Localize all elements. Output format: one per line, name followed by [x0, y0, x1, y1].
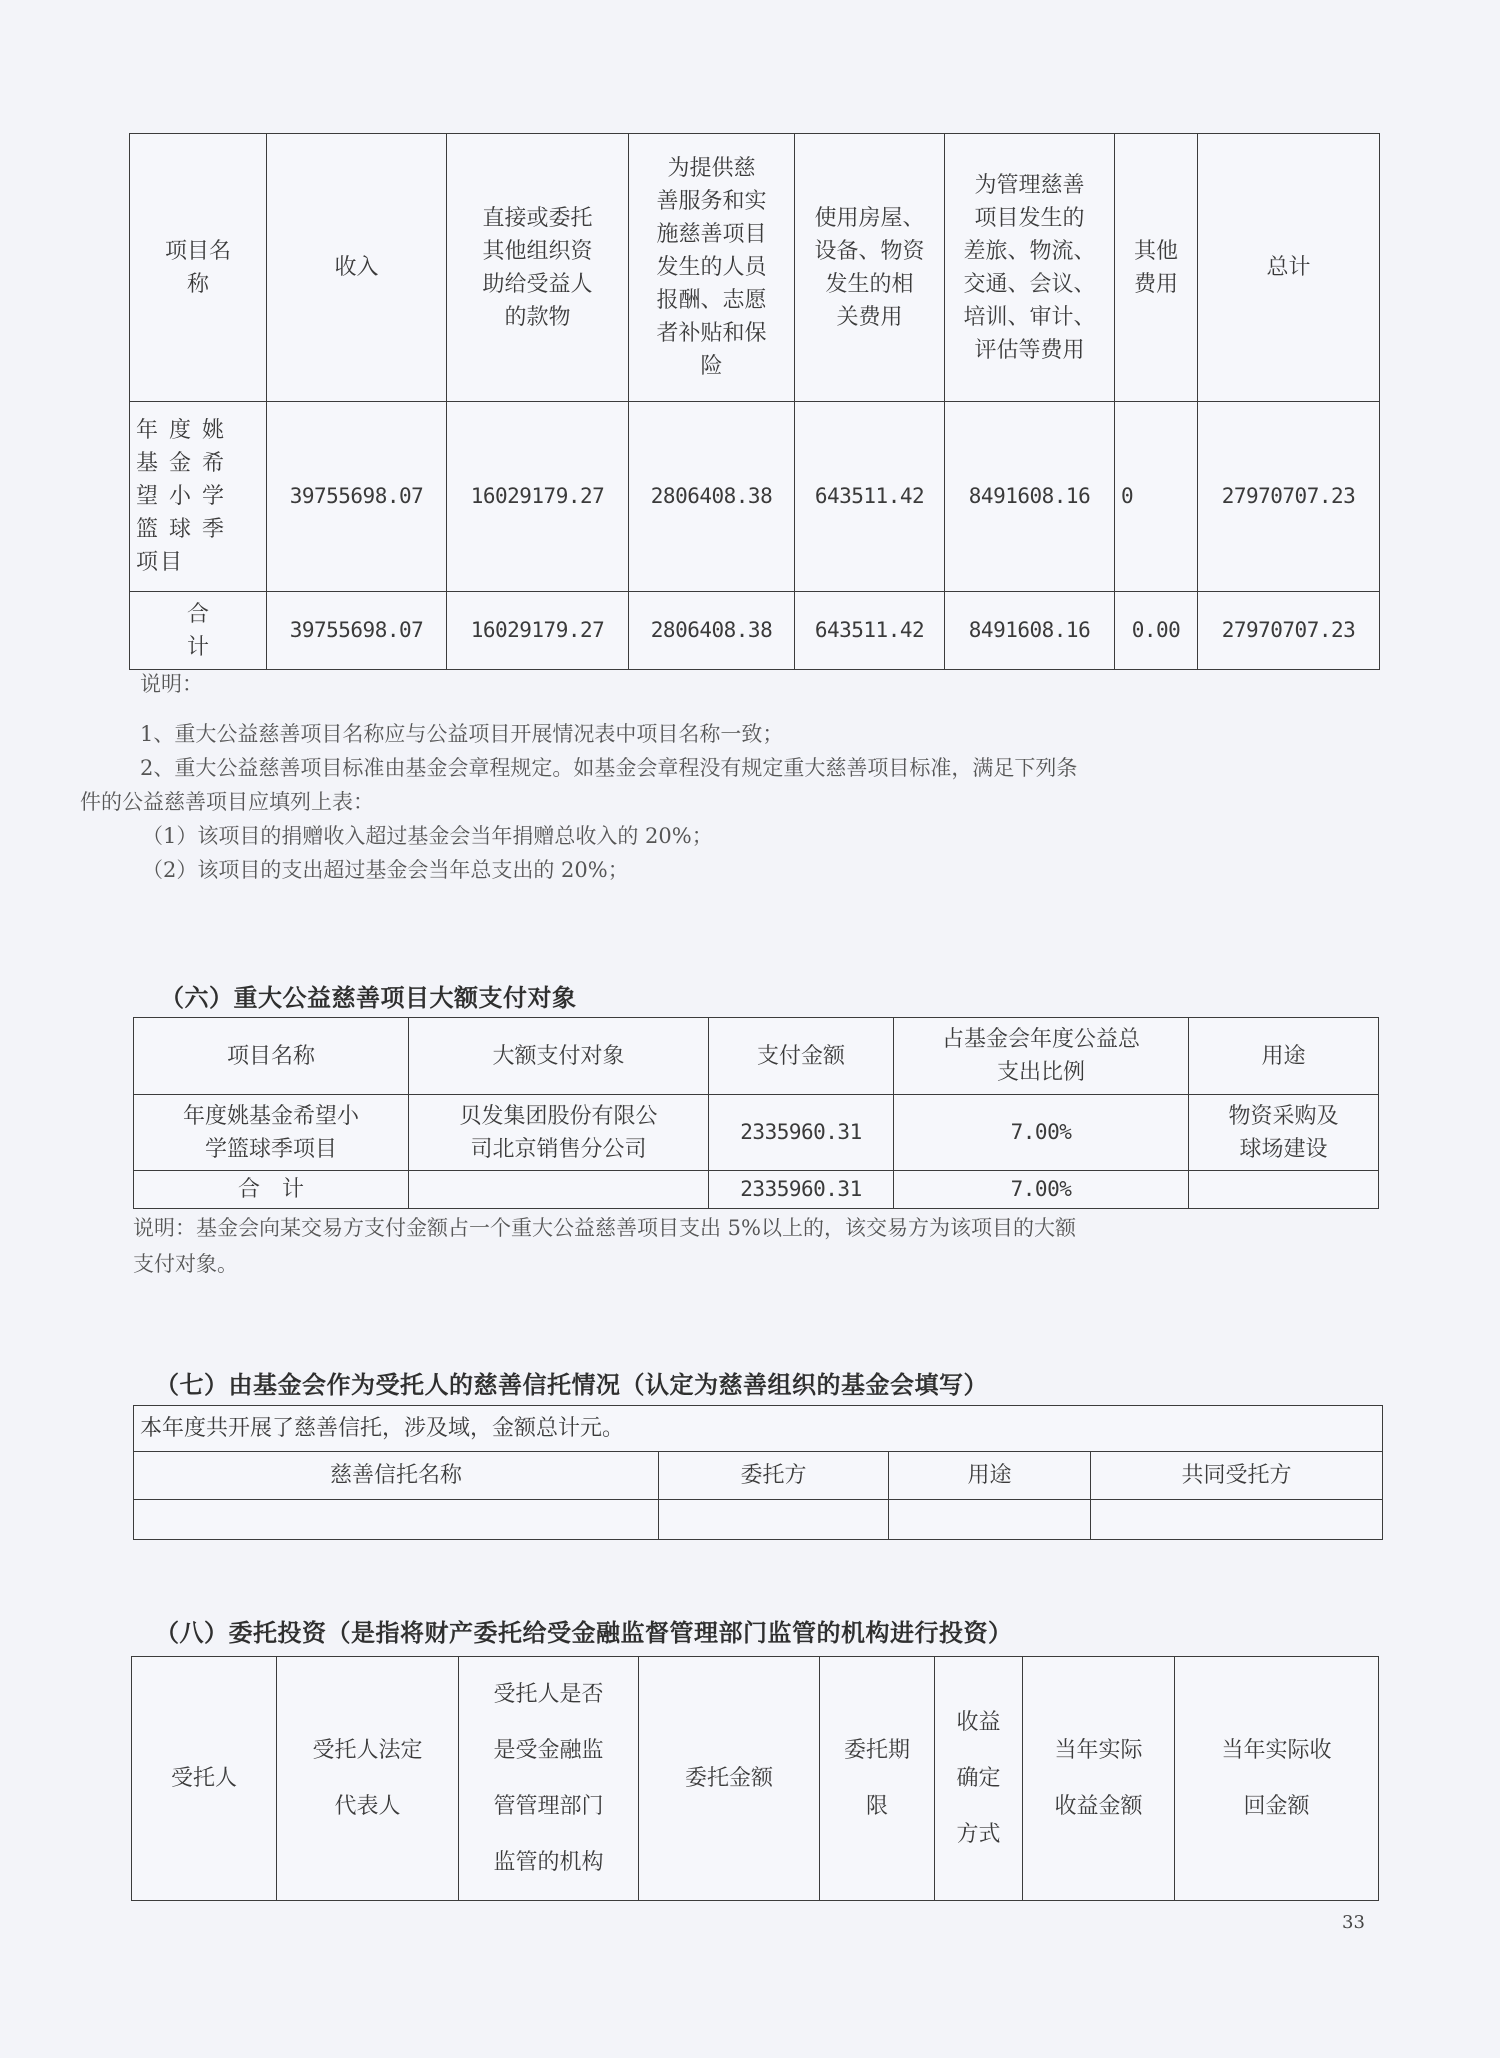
cell-admin: 8491608.16	[945, 402, 1115, 592]
cell-facilities: 643511.42	[795, 592, 945, 670]
cell-settlor	[659, 1500, 889, 1540]
note-line-2a: 2、重大公益慈善项目标准由基金会章程规定。如基金会章程没有规定重大慈善项目标准，…	[140, 752, 1370, 785]
table-header-row: 受托人 受托人法定 代表人 受托人是否 是受金融监 管管理部门 监管的机构 委托…	[132, 1657, 1379, 1901]
col-header-settlor: 委托方	[659, 1452, 889, 1500]
col-header-purpose: 用途	[889, 1452, 1091, 1500]
cell-purpose	[889, 1500, 1091, 1540]
cell-personnel: 2806408.38	[629, 402, 795, 592]
cell-total-label: 合 计	[130, 592, 267, 670]
col-header-co-trustee: 共同受托方	[1091, 1452, 1383, 1500]
cell-grants: 16029179.27	[447, 402, 629, 592]
col-header-trustee: 受托人	[132, 1657, 277, 1901]
col-header-total: 总计	[1198, 134, 1380, 402]
cell-income: 39755698.07	[267, 592, 447, 670]
note-line-3: （1）该项目的捐赠收入超过基金会当年捐赠总收入的 20%；	[142, 820, 1372, 853]
note-line-2b: 件的公益慈善项目应填列上表：	[80, 786, 1310, 819]
cell-total: 27970707.23	[1198, 592, 1380, 670]
cell-grants: 16029179.27	[447, 592, 629, 670]
cell-other: 0.00	[1115, 592, 1198, 670]
entrusted-investment-table: 受托人 受托人法定 代表人 受托人是否 是受金融监 管管理部门 监管的机构 委托…	[131, 1656, 1379, 1901]
page-number: 33	[1342, 1912, 1365, 1933]
large-payments-table: 项目名称 大额支付对象 支付金额 占基金会年度公益总 支出比例 用途 年度姚基金…	[133, 1017, 1379, 1209]
col-header-actual-recovery: 当年实际收 回金额	[1175, 1657, 1379, 1901]
cell-facilities: 643511.42	[795, 402, 945, 592]
cell-total-label: 合 计	[134, 1171, 409, 1209]
trust-summary-row: 本年度共开展了慈善信托，涉及域，金额总计元。	[134, 1406, 1383, 1452]
major-projects-table: 项目名 称 收入 直接或委托 其他组织资 助给受益人 的款物 为提供慈 善服务和…	[129, 133, 1380, 670]
table-row: 年度姚基金希望小 学篮球季项目 贝发集团股份有限公 司北京销售分公司 23359…	[134, 1095, 1379, 1171]
cell-ratio: 7.00%	[894, 1171, 1189, 1209]
col-header-term: 委托期 限	[820, 1657, 935, 1901]
cell-project-name: 年 度 姚 基 金 希 望 小 学 篮 球 季 项目	[130, 402, 267, 592]
col-header-amount: 支付金额	[709, 1018, 894, 1095]
cell-amount: 2335960.31	[709, 1095, 894, 1171]
section-8-heading: （八）委托投资（是指将财产委托给受金融监督管理部门监管的机构进行投资）	[155, 1613, 1013, 1648]
col-header-income: 收入	[267, 134, 447, 402]
col-header-payee: 大额支付对象	[409, 1018, 709, 1095]
section-6-note-a: 说明：基金会向某交易方支付金额占一个重大公益慈善项目支出 5%以上的，该交易方为…	[133, 1212, 1363, 1245]
col-header-admin: 为管理慈善 项目发生的 差旅、物流、 交通、会议、 培训、审计、 评估等费用	[945, 134, 1115, 402]
section-6-heading: （六）重大公益慈善项目大额支付对象	[160, 978, 577, 1013]
table-row: 年 度 姚 基 金 希 望 小 学 篮 球 季 项目 39755698.07 1…	[130, 402, 1380, 592]
col-header-amount: 委托金额	[639, 1657, 820, 1901]
table-total-row: 合 计 39755698.07 16029179.27 2806408.38 6…	[130, 592, 1380, 670]
cell-other: 0	[1115, 402, 1198, 592]
col-header-actual-return: 当年实际 收益金额	[1023, 1657, 1175, 1901]
col-header-legal-rep: 受托人法定 代表人	[277, 1657, 459, 1901]
cell-project-name: 年度姚基金希望小 学篮球季项目	[134, 1095, 409, 1171]
col-header-project-name: 项目名称	[134, 1018, 409, 1095]
cell-co-trustee	[1091, 1500, 1383, 1540]
cell-purpose: 物资采购及 球场建设	[1189, 1095, 1379, 1171]
section-7-heading: （七）由基金会作为受托人的慈善信托情况（认定为慈善组织的基金会填写）	[155, 1365, 988, 1400]
col-header-personnel: 为提供慈 善服务和实 施慈善项目 发生的人员 报酬、志愿 者补贴和保 险	[629, 134, 795, 402]
col-header-trust-name: 慈善信托名称	[134, 1452, 659, 1500]
table-header-row: 项目名 称 收入 直接或委托 其他组织资 助给受益人 的款物 为提供慈 善服务和…	[130, 134, 1380, 402]
cell-payee: 贝发集团股份有限公 司北京销售分公司	[409, 1095, 709, 1171]
cell-ratio: 7.00%	[894, 1095, 1189, 1171]
cell-personnel: 2806408.38	[629, 592, 795, 670]
col-header-facilities: 使用房屋、 设备、物资 发生的相 关费用	[795, 134, 945, 402]
charitable-trust-table: 本年度共开展了慈善信托，涉及域，金额总计元。 慈善信托名称 委托方 用途 共同受…	[133, 1405, 1383, 1540]
cell-payee	[409, 1171, 709, 1209]
notes-title: 说明：	[140, 668, 1370, 701]
cell-amount: 2335960.31	[709, 1171, 894, 1209]
col-header-grants: 直接或委托 其他组织资 助给受益人 的款物	[447, 134, 629, 402]
cell-income: 39755698.07	[267, 402, 447, 592]
col-header-regulated: 受托人是否 是受金融监 管管理部门 监管的机构	[459, 1657, 639, 1901]
col-header-ratio: 占基金会年度公益总 支出比例	[894, 1018, 1189, 1095]
table-row	[134, 1500, 1383, 1540]
table-header-row: 慈善信托名称 委托方 用途 共同受托方	[134, 1452, 1383, 1500]
table-total-row: 合 计 2335960.31 7.00%	[134, 1171, 1379, 1209]
note-line-1: 1、重大公益慈善项目名称应与公益项目开展情况表中项目名称一致；	[140, 718, 1370, 751]
cell-purpose	[1189, 1171, 1379, 1209]
cell-trust-name	[134, 1500, 659, 1540]
trust-summary: 本年度共开展了慈善信托，涉及域，金额总计元。	[134, 1406, 1383, 1452]
col-header-other: 其他 费用	[1115, 134, 1198, 402]
col-header-return-method: 收益 确定 方式	[935, 1657, 1023, 1901]
col-header-project-name: 项目名 称	[130, 134, 267, 402]
note-line-4: （2）该项目的支出超过基金会当年总支出的 20%；	[142, 854, 1372, 887]
col-header-purpose: 用途	[1189, 1018, 1379, 1095]
table-header-row: 项目名称 大额支付对象 支付金额 占基金会年度公益总 支出比例 用途	[134, 1018, 1379, 1095]
section-6-note-b: 支付对象。	[133, 1248, 1363, 1281]
cell-total: 27970707.23	[1198, 402, 1380, 592]
cell-admin: 8491608.16	[945, 592, 1115, 670]
